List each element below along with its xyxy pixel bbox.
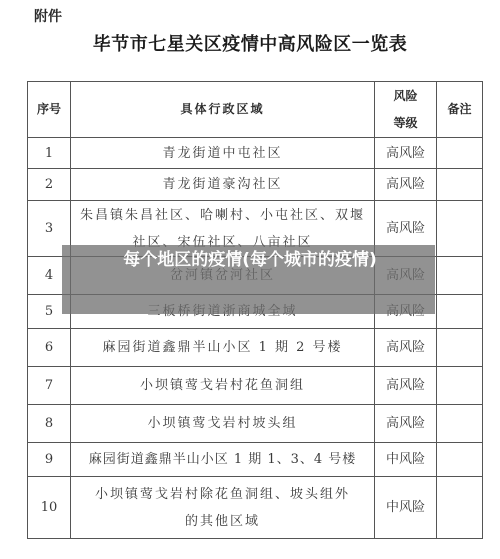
row-remarks (437, 477, 483, 539)
header-area: 具体行政区域 (71, 82, 375, 138)
caption-overlay-text: 每个地区的疫情(每个城市的疫情) (70, 248, 430, 272)
row-remarks (437, 257, 483, 295)
row-area: 青龙街道中屯社区 (71, 138, 375, 169)
row-remarks (437, 295, 483, 329)
row-remarks (437, 138, 483, 169)
row-risk-level: 高风险 (375, 169, 437, 201)
row-index: 2 (28, 169, 71, 201)
row-index: 9 (28, 443, 71, 477)
table-header-row: 序号 具体行政区域 风险 等级 备注 (28, 82, 483, 138)
document-title: 毕节市七星关区疫情中高风险区一览表 (0, 30, 500, 56)
header-risk-level: 风险 等级 (375, 82, 437, 138)
row-risk-level: 高风险 (375, 367, 437, 405)
table-row: 1 青龙街道中屯社区 高风险 (28, 138, 483, 169)
header-risk-level-line1: 风险 (375, 83, 436, 110)
row-risk-level: 高风险 (375, 329, 437, 367)
row-remarks (437, 169, 483, 201)
table-row: 2 青龙街道豪沟社区 高风险 (28, 169, 483, 201)
table-row: 6 麻园街道鑫鼎半山小区 1 期 2 号楼 高风险 (28, 329, 483, 367)
row-risk-level: 高风险 (375, 405, 437, 443)
row-index: 8 (28, 405, 71, 443)
row-index: 7 (28, 367, 71, 405)
table-row: 10 小坝镇莺戈岩村除花鱼洞组、坡头组外的其他区域 中风险 (28, 477, 483, 539)
attachment-label: 附件 (34, 6, 62, 26)
row-area: 青龙街道豪沟社区 (71, 169, 375, 201)
row-remarks (437, 367, 483, 405)
row-index: 10 (28, 477, 71, 539)
row-remarks (437, 405, 483, 443)
table-row: 8 小坝镇莺戈岩村坡头组 高风险 (28, 405, 483, 443)
row-area: 小坝镇莺戈岩村花鱼洞组 (71, 367, 375, 405)
row-area: 麻园街道鑫鼎半山小区 1 期 2 号楼 (71, 329, 375, 367)
header-index: 序号 (28, 82, 71, 138)
header-remarks: 备注 (437, 82, 483, 138)
row-area: 麻园街道鑫鼎半山小区 1 期 1、3、4 号楼 (71, 443, 375, 477)
row-risk-level: 高风险 (375, 138, 437, 169)
row-remarks (437, 443, 483, 477)
row-risk-level: 中风险 (375, 443, 437, 477)
table-row: 9 麻园街道鑫鼎半山小区 1 期 1、3、4 号楼 中风险 (28, 443, 483, 477)
row-risk-level: 中风险 (375, 477, 437, 539)
row-area: 小坝镇莺戈岩村坡头组 (71, 405, 375, 443)
header-risk-level-line2: 等级 (375, 110, 436, 137)
row-area: 小坝镇莺戈岩村除花鱼洞组、坡头组外的其他区域 (71, 477, 375, 539)
table-row: 7 小坝镇莺戈岩村花鱼洞组 高风险 (28, 367, 483, 405)
row-remarks (437, 201, 483, 257)
row-index: 6 (28, 329, 71, 367)
row-remarks (437, 329, 483, 367)
row-index: 1 (28, 138, 71, 169)
